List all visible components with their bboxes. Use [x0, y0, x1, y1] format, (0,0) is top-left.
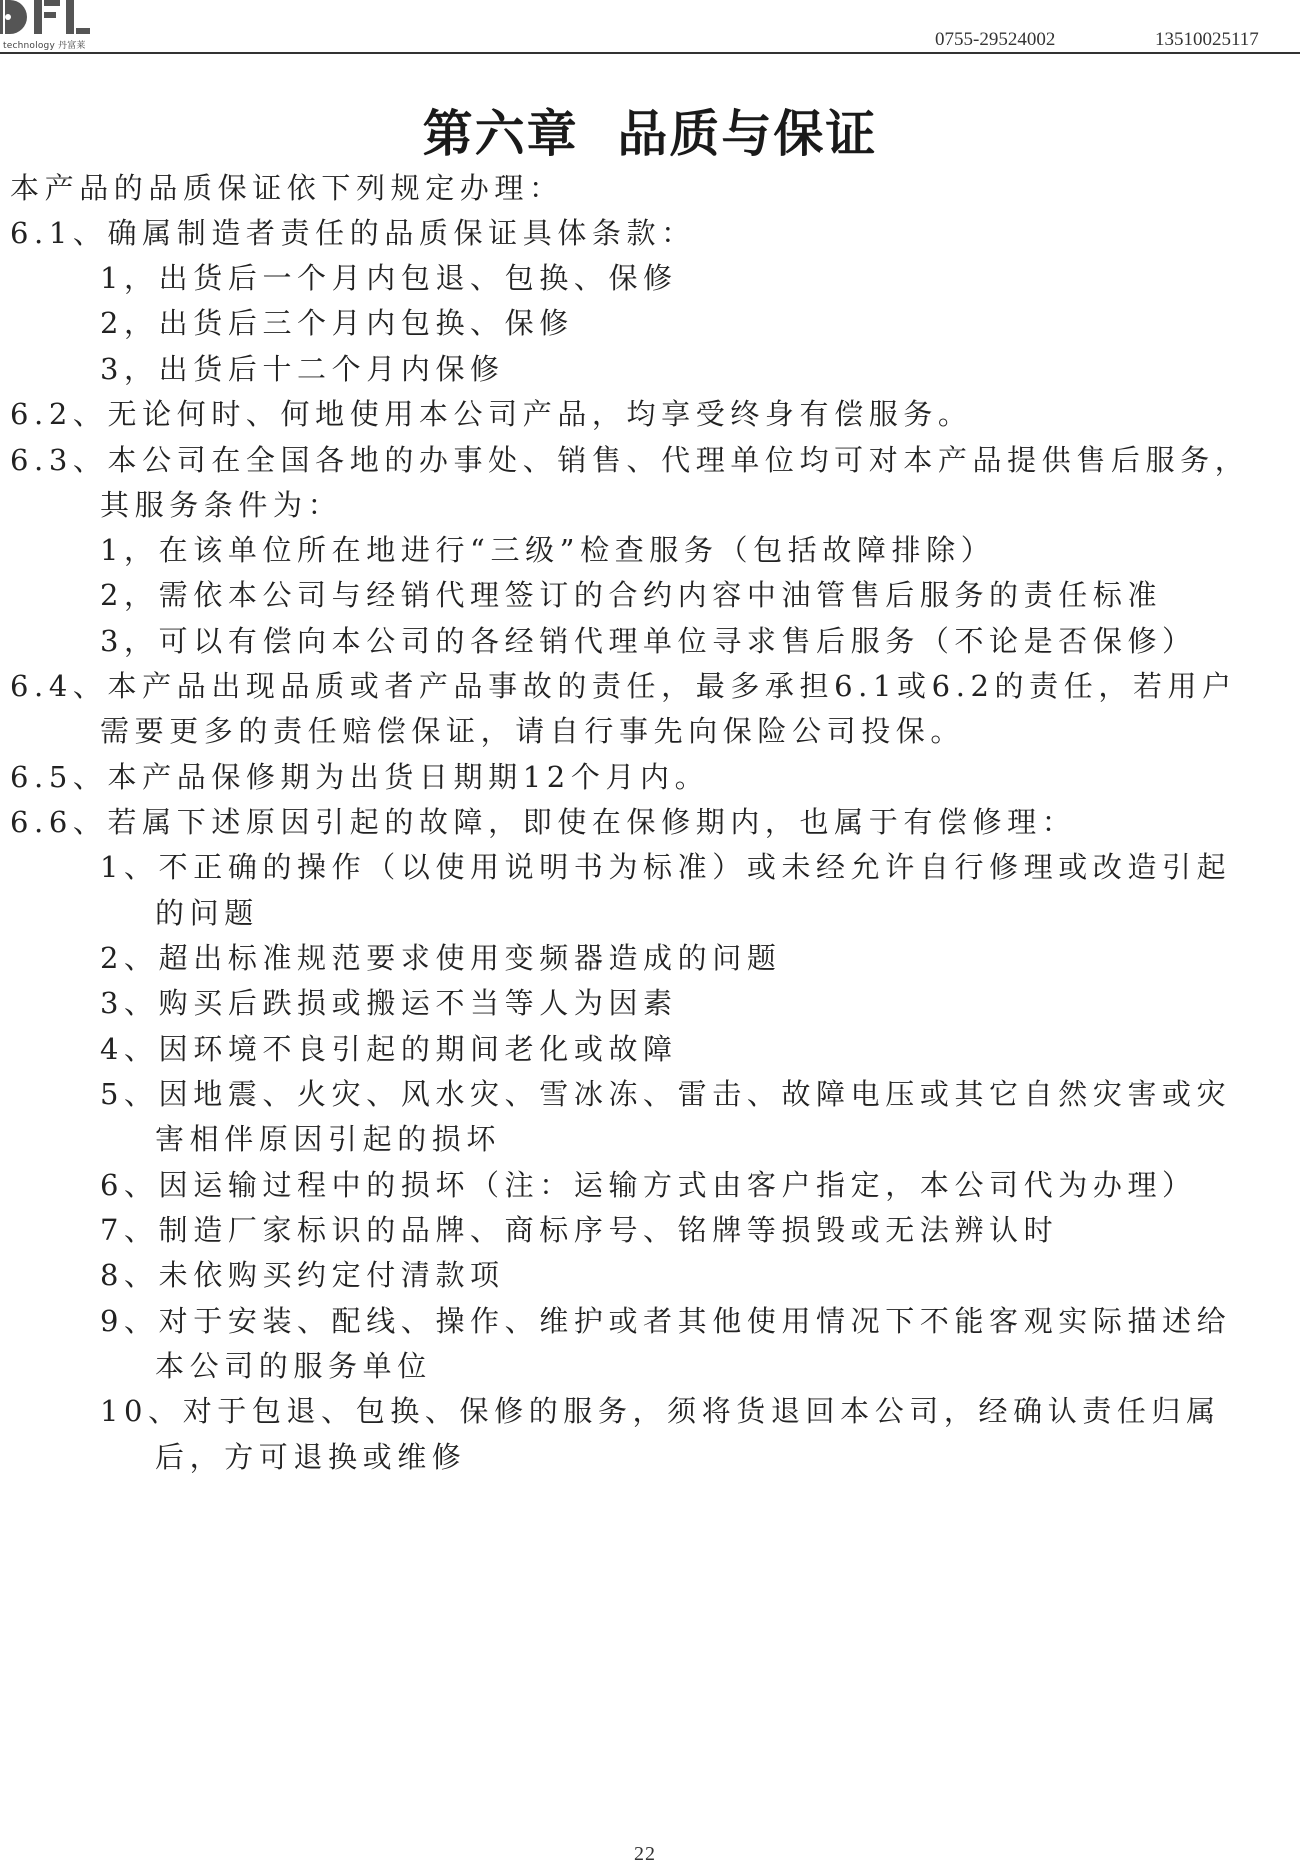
chapter-title: 第六章 品质与保证 [0, 94, 1300, 166]
page-header: technology 丹富莱 0755-29524002 13510025117 [0, 0, 1315, 56]
section-6-2-heading: 6.2、无论何时、何地使用本公司产品，均享受终身有偿服务。 [10, 397, 973, 431]
section-6-6-item: 8、未依购买约定付清款项 [100, 1258, 505, 1292]
section-6-3-item: 3，可以有偿向本公司的各经销代理单位寻求售后服务（不论是否保修） [100, 624, 1197, 658]
section-6-3-heading: 6.3、本公司在全国各地的办事处、销售、代理单位均可对本产品提供售后服务， [10, 443, 1249, 477]
section-6-6-item-cont: 的问题 [155, 896, 259, 930]
section-6-6-item: 9、对于安装、配线、操作、维护或者其他使用情况下不能客观实际描述给 [100, 1304, 1231, 1338]
section-6-1-heading: 6.1、确属制造者责任的品质保证具体条款： [10, 216, 696, 250]
section-6-1-item: 2，出货后三个月内包换、保修 [100, 306, 574, 340]
section-6-6-heading: 6.6、若属下述原因引起的故障，即使在保修期内，也属于有偿修理： [10, 805, 1076, 839]
section-6-1-item: 3，出货后十二个月内保修 [100, 352, 505, 386]
section-6-6-item: 3、购买后跌损或搬运不当等人为因素 [100, 986, 678, 1020]
intro-text: 本产品的品质保证依下列规定办理： [10, 171, 564, 205]
section-6-6-item: 1、不正确的操作（以使用说明书为标准）或未经允许自行修理或改造引起 [100, 850, 1231, 884]
section-6-3-heading-cont: 其服务条件为： [100, 488, 342, 522]
section-6-3-item: 1，在该单位所在地进行“三级”检查服务（包括故障排除） [100, 533, 995, 567]
dfl-logo-icon [0, 0, 92, 36]
section-6-5-heading: 6.5、本产品保修期为出货日期期12个月内。 [10, 760, 709, 794]
phone-number-landline: 0755-29524002 [935, 29, 1055, 51]
company-logo: technology 丹富莱 [0, 0, 110, 50]
section-6-1-item: 1，出货后一个月内包退、包换、保修 [100, 261, 678, 295]
logo-subtitle: technology 丹富莱 [3, 38, 86, 51]
section-6-6-item: 4、因环境不良引起的期间老化或故障 [100, 1032, 678, 1066]
section-6-6-item-cont: 后，方可退换或维修 [155, 1440, 466, 1474]
section-6-4-heading-cont: 需要更多的责任赔偿保证，请自行事先向保险公司投保。 [100, 714, 965, 748]
section-6-6-item: 5、因地震、火灾、风水灾、雪冰冻、雷击、故障电压或其它自然灾害或灾 [100, 1077, 1231, 1111]
section-6-6-item: 2、超出标准规范要求使用变频器造成的问题 [100, 941, 781, 975]
section-6-6-item-cont: 本公司的服务单位 [155, 1349, 432, 1383]
header-divider [0, 52, 1300, 54]
page-number: 22 [0, 1843, 1290, 1866]
section-6-6-item-cont: 害相伴原因引起的损坏 [155, 1122, 501, 1156]
section-6-4-heading: 6.4、本产品出现品质或者产品事故的责任，最多承担6.1或6.2的责任，若用户 [10, 669, 1237, 703]
phone-number-mobile: 13510025117 [1155, 29, 1259, 51]
section-6-6-item: 7、制造厂家标识的品牌、商标序号、铭牌等损毁或无法辨认时 [100, 1213, 1058, 1247]
section-6-6-item: 10、对于包退、包换、保修的服务，须将货退回本公司，经确认责任归属 [100, 1394, 1221, 1428]
section-6-3-item: 2，需依本公司与经销代理签订的合约内容中油管售后服务的责任标准 [100, 578, 1162, 612]
section-6-6-item: 6、因运输过程中的损坏（注：运输方式由客户指定，本公司代为办理） [100, 1168, 1197, 1202]
